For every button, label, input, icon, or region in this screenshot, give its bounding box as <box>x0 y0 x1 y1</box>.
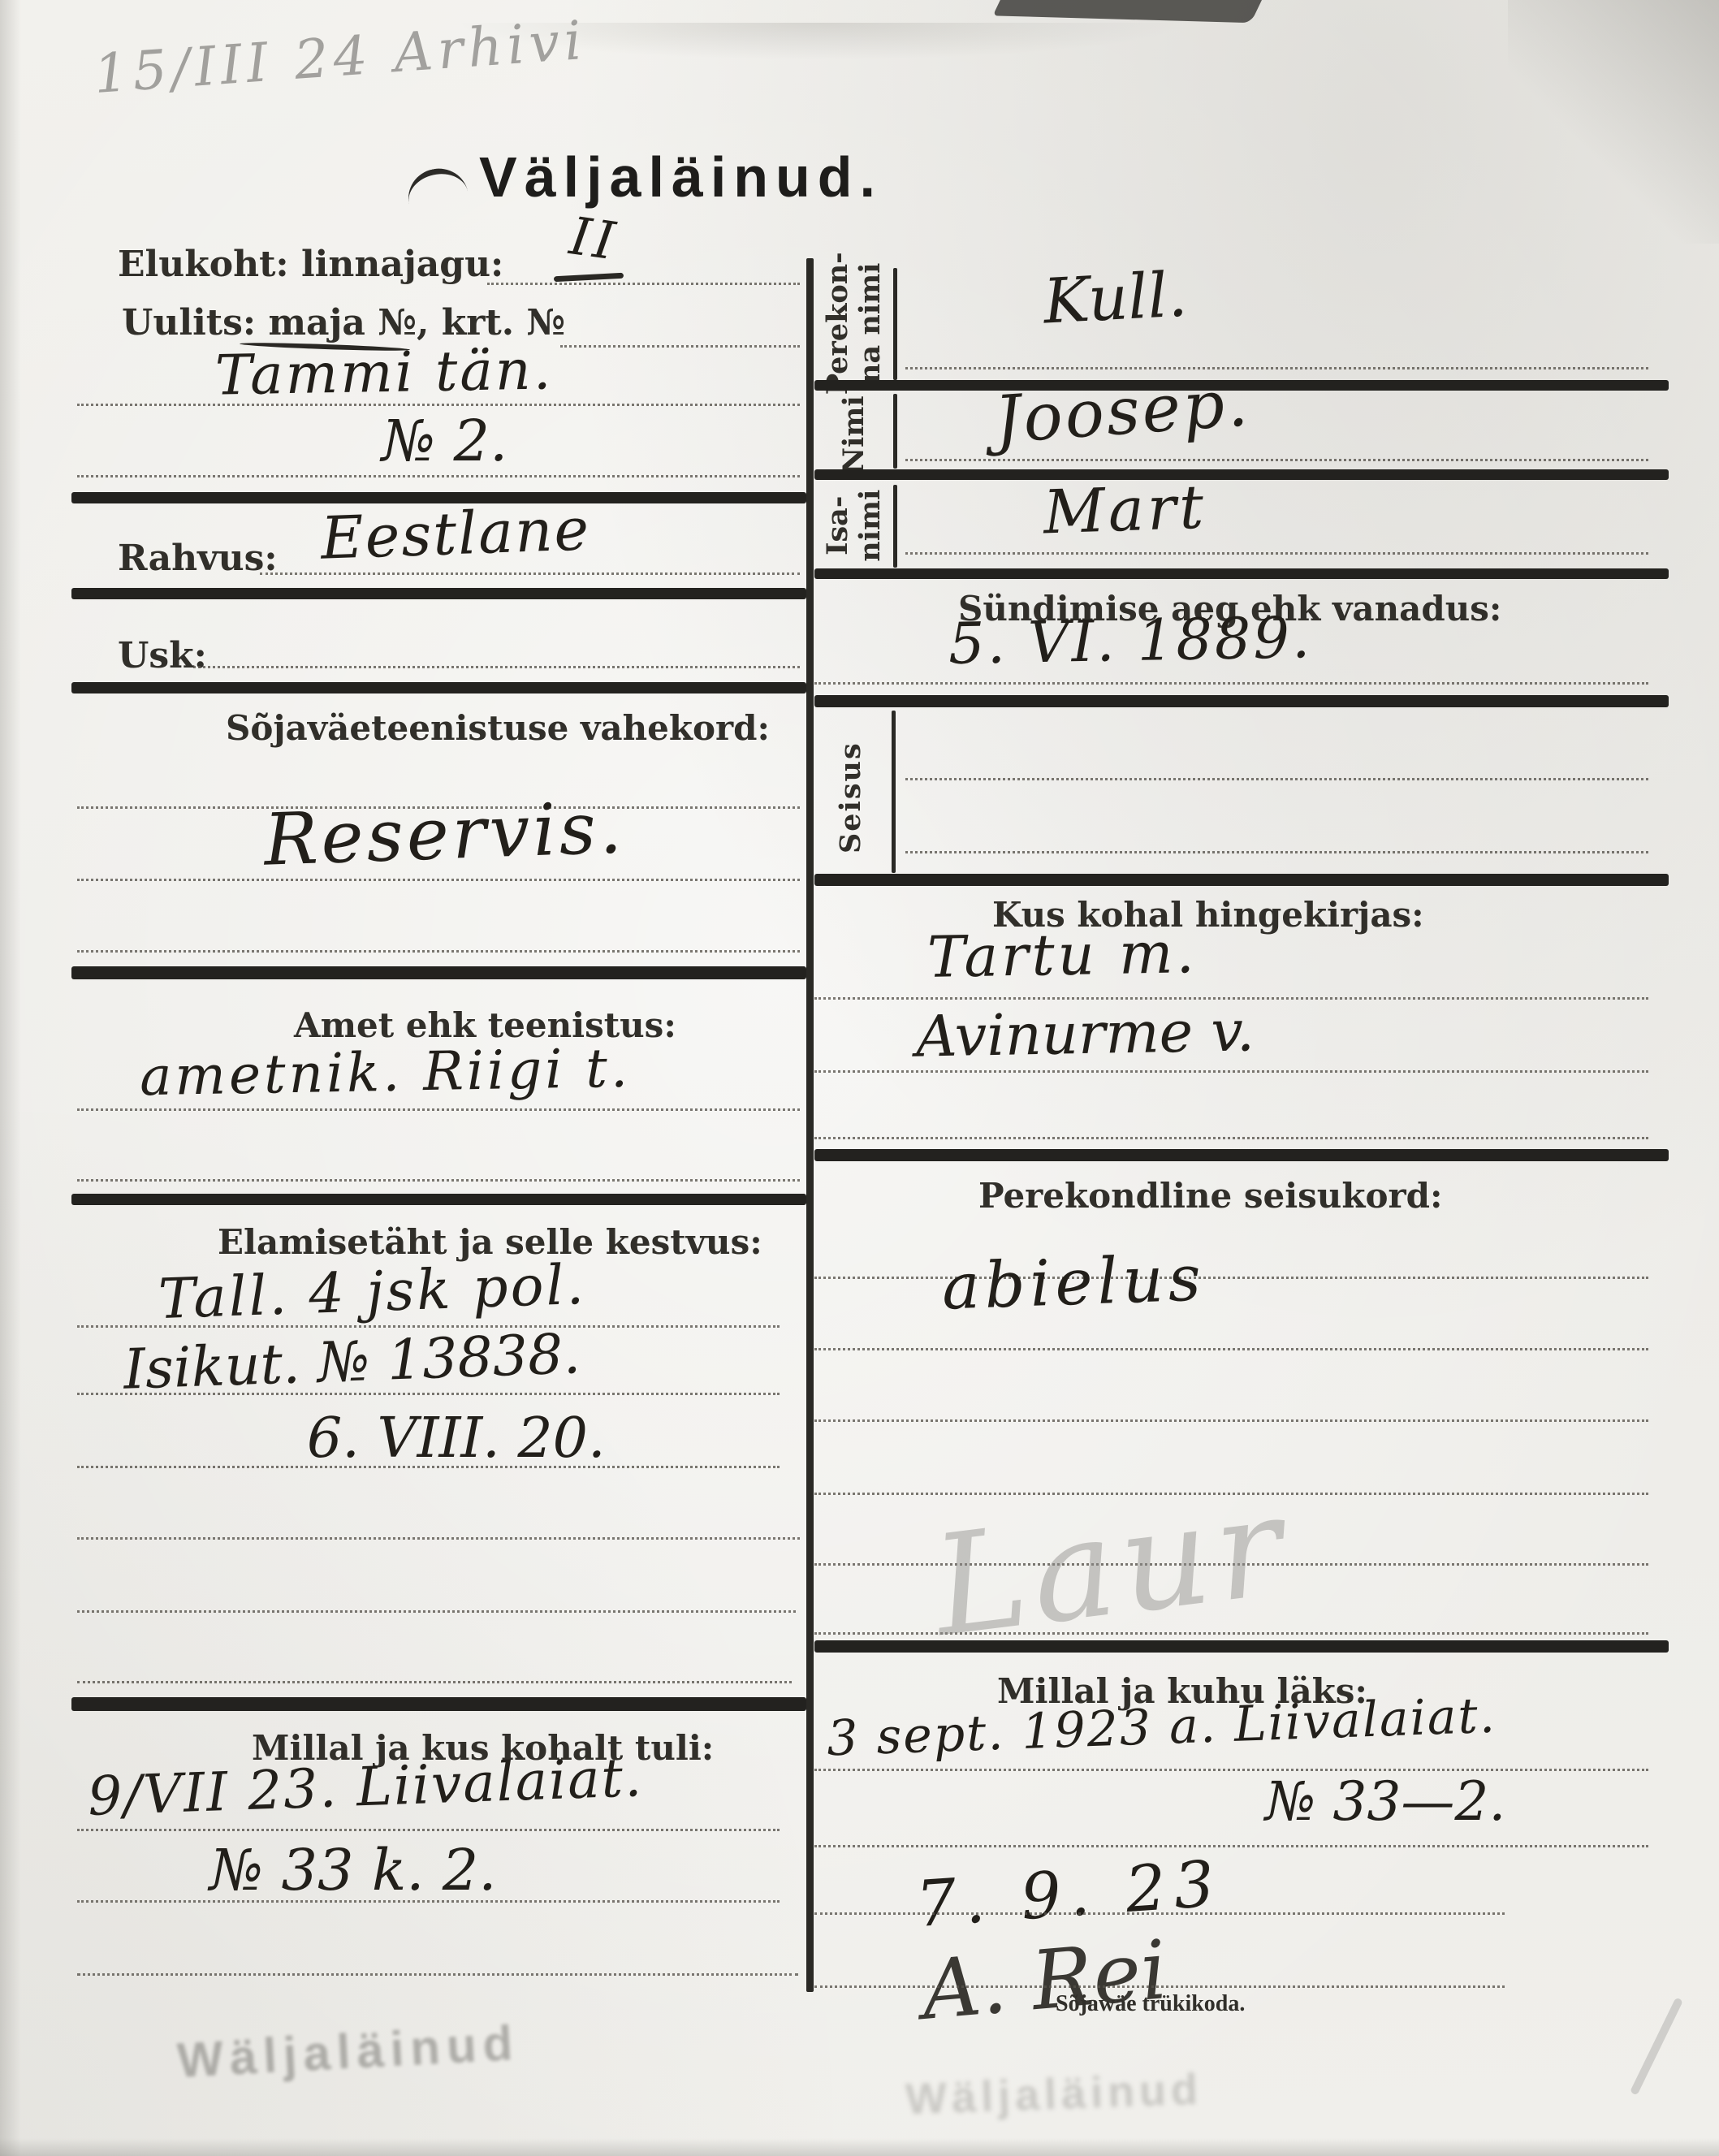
field-laks-line1: 3 sept. 1923 a. Liivalaiat. <box>826 1687 1497 1768</box>
field-date-value: 7. 9. 23 <box>913 1847 1224 1942</box>
dotted-line <box>487 283 800 285</box>
dotted-line <box>814 1769 1648 1771</box>
field-nimi-value: Joosep. <box>992 365 1252 458</box>
field-hingekirjas-line1: Tartu m. <box>926 919 1198 991</box>
field-uulits-value-line2: № 2. <box>382 408 507 474</box>
field-elukoht-label: Elukoht: linnajagu: <box>118 244 503 285</box>
dotted-line <box>193 666 800 668</box>
pencil-archive-note: 15/III 24 Arhivi <box>92 9 589 106</box>
section-sojavae-value: Reservis. <box>262 785 626 881</box>
section-amet-value: ametnik. Riigi t. <box>139 1037 631 1108</box>
field-isanimi-value: Mart <box>1043 473 1208 548</box>
field-rahvus-label: Rahvus: <box>118 538 278 579</box>
column-divider <box>806 258 814 1992</box>
dotted-line <box>77 1681 792 1683</box>
field-elukoht-value: II <box>566 206 621 272</box>
field-elamisetaht-line1: Tall. 4 jsk pol. <box>158 1253 587 1332</box>
dotted-line <box>77 1179 800 1182</box>
thick-rule <box>814 695 1669 707</box>
dotted-line <box>905 851 1648 853</box>
thick-rule <box>71 1194 806 1205</box>
field-tuli-line2: № 33 k. 2. <box>209 1837 497 1903</box>
label-divider <box>893 394 897 469</box>
dotted-line <box>814 1419 1648 1422</box>
thick-rule <box>71 588 806 599</box>
paper-torn-edge-top <box>993 0 1267 23</box>
field-elamisetaht-line2: Isikut. № 13838. <box>123 1322 581 1402</box>
printer-mark: Sõjawäe trükikoda. <box>1056 1991 1245 2017</box>
scanned-form-valjalainud: 15/III 24 Arhivi Väljaläinud. Elukoht: l… <box>0 0 1719 2156</box>
dotted-line <box>77 1537 800 1540</box>
dotted-line <box>814 1070 1648 1073</box>
stamp-valjalainud-left: Wäljaläinud <box>175 2015 520 2089</box>
dotted-line <box>77 1829 780 1831</box>
dotted-line <box>905 552 1648 555</box>
dotted-line <box>814 1845 1648 1847</box>
dotted-line <box>905 778 1648 780</box>
field-uulits-label: Uulits: maja №, krt. № <box>122 302 565 343</box>
dotted-line <box>814 1277 1648 1279</box>
paper-edge-left <box>0 0 21 2156</box>
paper-edge-bottom <box>0 2138 1719 2156</box>
field-perekonnanimi-label: Perekon- na nimi <box>822 250 888 396</box>
dotted-line <box>77 950 800 953</box>
dotted-line <box>814 1985 1505 1988</box>
thick-rule <box>814 874 1669 886</box>
handwritten-underline <box>554 273 624 282</box>
field-rahvus-value: Eestlane <box>320 495 592 572</box>
dotted-line <box>77 1466 780 1468</box>
label-divider <box>893 485 897 568</box>
stamp-valjalainud-right: Wäljaläinud <box>905 2064 1203 2125</box>
dotted-line <box>77 1973 798 1976</box>
section-perekondline-label: Perekondline seisukord: <box>978 1176 1442 1216</box>
thick-rule <box>71 1697 806 1711</box>
dotted-line <box>560 345 800 348</box>
dotted-line <box>814 682 1648 685</box>
dotted-line <box>77 1393 780 1395</box>
thick-rule <box>814 568 1669 579</box>
field-usk-label: Usk: <box>118 635 207 676</box>
field-perekondline-value: abielus <box>941 1242 1207 1324</box>
dotted-line <box>77 475 800 477</box>
dotted-line <box>77 1108 800 1111</box>
dotted-line <box>77 1900 780 1903</box>
label-divider <box>893 268 897 380</box>
thick-rule <box>814 1149 1669 1161</box>
dotted-line <box>814 1348 1648 1350</box>
dotted-line <box>905 367 1648 369</box>
dotted-line <box>77 404 800 406</box>
dotted-line <box>260 572 800 575</box>
field-isanimi-label: Isa- nimi <box>822 473 888 578</box>
thick-rule <box>814 469 1669 480</box>
paper-crease-top-right <box>1508 0 1719 244</box>
dotted-line <box>814 1912 1505 1915</box>
thick-rule <box>814 1640 1669 1653</box>
dotted-line <box>77 879 800 881</box>
dotted-line <box>814 1137 1648 1139</box>
field-sundimise-value: 5. VI. 1889. <box>948 604 1313 677</box>
pencil-scrawl: Laur <box>926 1465 1298 1668</box>
label-divider <box>892 711 896 873</box>
field-elamisetaht-line3: 6. VIII. 20. <box>307 1406 606 1471</box>
field-hingekirjas-line2: Avinurme v. <box>915 997 1255 1069</box>
dotted-line <box>77 1610 796 1613</box>
thick-rule <box>71 682 806 693</box>
handwritten-mark <box>403 163 469 210</box>
dotted-line <box>905 459 1648 461</box>
field-uulits-value-line1: Tammi tän. <box>214 338 554 408</box>
thick-rule <box>71 966 806 979</box>
field-perekonnanimi-value: Kull. <box>1042 257 1189 337</box>
paper-fold-bottom-right <box>1630 1997 1683 2095</box>
field-laks-line2: № 33—2. <box>1265 1770 1505 1833</box>
field-seisus-label: Seisus <box>835 716 867 879</box>
signature: A. Rei <box>918 1922 1170 2038</box>
field-tuli-line1: 9/VII 23. Liivalaiat. <box>87 1746 644 1828</box>
page-title: Väljaläinud. <box>479 145 883 210</box>
section-sojavae-label: Sõjaväeteenistuse vahekord: <box>226 708 770 748</box>
